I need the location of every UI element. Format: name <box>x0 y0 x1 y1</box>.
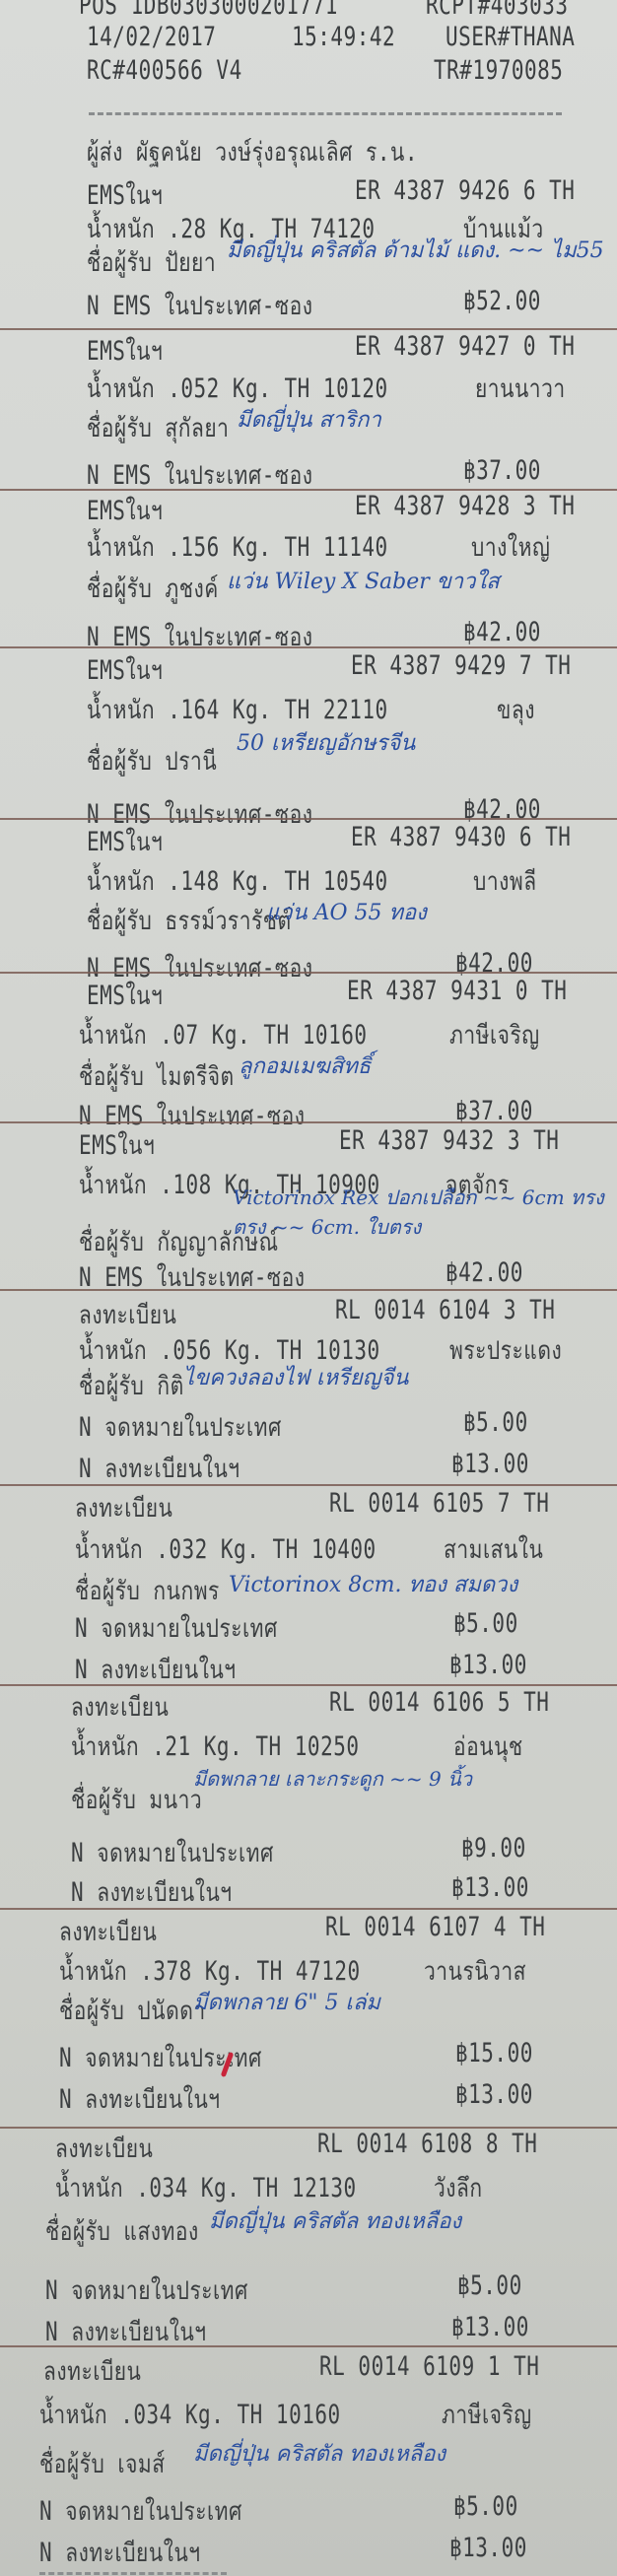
district: อ่อนนุช <box>453 1727 523 1767</box>
service-type: EMSในฯ <box>87 331 163 372</box>
tracking-number: ER 4387 9427 0 TH <box>355 331 575 361</box>
charge-label: N EMS ในประเทศ-ซอง <box>79 1257 305 1298</box>
district: บางใหญ่ <box>471 527 550 568</box>
weight-line: น้ำหนัก .034 Kg. TH 10160 <box>39 2395 341 2435</box>
service-type: EMSในฯ <box>87 822 163 862</box>
charge-amount: ฿13.00 <box>451 2312 529 2341</box>
ruled-divider <box>0 328 617 330</box>
handwritten-note: มีดพกลาย 6" 5 เล่ม <box>193 1985 380 2019</box>
tracking-number: ER 4387 9430 6 TH <box>351 822 571 851</box>
service-type: ลงทะเบียน <box>75 1488 172 1528</box>
receipt-number: RCPT#403033 <box>426 0 569 20</box>
recipient: ชื่อผู้รับ กนกพร <box>75 1571 220 1611</box>
handwritten-note: มีดพกลาย เลาะกระดูก ~~ 9 นิ้ว <box>193 1764 489 1794</box>
ruled-divider <box>0 1121 617 1123</box>
tracking-number: RL 0014 6104 3 TH <box>335 1295 555 1324</box>
charge-amount: ฿13.00 <box>449 2533 527 2562</box>
service-type: EMSในฯ <box>79 1125 155 1166</box>
dashed-divider <box>39 2572 227 2575</box>
charge-amount: ฿5.00 <box>463 1407 528 1437</box>
charge-label: N จดหมายในประเทศ <box>45 2271 248 2311</box>
charge-label: N จดหมายในประเทศ <box>71 1833 274 1873</box>
charge-label: N ลงทะเบียนในฯ <box>59 2079 221 2120</box>
time: 15:49:42 <box>292 22 395 51</box>
service-type: EMSในฯ <box>87 976 163 1016</box>
service-type: EMSในฯ <box>87 491 163 531</box>
recipient: ชื่อผู้รับ มนาว <box>71 1780 202 1820</box>
ruled-divider <box>0 1289 617 1291</box>
charge-amount: ฿13.00 <box>455 2079 533 2109</box>
charge-amount: ฿52.00 <box>463 286 541 315</box>
service-type: ลงทะเบียน <box>71 1687 169 1728</box>
charge-amount: ฿5.00 <box>453 1608 518 1638</box>
recipient: ชื่อผู้รับ ภูชงค์ <box>87 569 219 609</box>
charge-amount: ฿15.00 <box>455 2038 533 2068</box>
weight-line: น้ำหนัก .032 Kg. TH 10400 <box>75 1529 377 1570</box>
tracking-number: ER 4387 9432 3 TH <box>339 1125 559 1155</box>
district: ภาษีเจริญ <box>442 2395 532 2435</box>
handwritten-note: Victorinox Rex ปอกเปลือก ~~ 6cm ทรงตรง ~… <box>233 1183 607 1242</box>
district: ยานนาวา <box>475 369 566 409</box>
service-type: ลงทะเบียน <box>59 1912 157 1952</box>
ruled-divider <box>0 818 617 820</box>
tracking-number: RL 0014 6108 8 TH <box>317 2129 537 2158</box>
service-type: EMSในฯ <box>87 650 163 691</box>
ruled-divider <box>0 2345 617 2347</box>
district: บางพลี <box>473 861 537 902</box>
handwritten-note: มีดญี่ปุ่น คริสตัล ทองเหลือง <box>209 2203 461 2238</box>
tracking-number: ER 4387 9426 6 TH <box>355 175 575 205</box>
recipient: ชื่อผู้รับ แสงทอง <box>45 2211 199 2252</box>
service-type: ลงทะเบียน <box>55 2129 153 2169</box>
handwritten-note: 50 เหรียญอักษรจีน <box>237 725 415 760</box>
charge-amount: ฿13.00 <box>451 1449 529 1478</box>
ruled-divider <box>0 1484 617 1486</box>
postal-receipt: POS 1DB0303000201771 RCPT#403033 14/02/2… <box>0 0 617 2576</box>
charge-amount: ฿42.00 <box>463 617 541 646</box>
handwritten-note: ลูกอมเมฆสิทธิ์ <box>239 1049 371 1083</box>
district: สามเสนใน <box>444 1529 543 1570</box>
recipient: ชื่อผู้รับ ปนัดดา <box>59 1991 206 2031</box>
charge-label: N จดหมายในประเทศ <box>79 1407 282 1448</box>
recipient: ชื่อผู้รับ สุกัลยา <box>87 408 229 448</box>
charge-amount: ฿13.00 <box>449 1650 527 1679</box>
charge-amount: ฿42.00 <box>446 1257 523 1287</box>
recipient: ชื่อผู้รับ เจมส์ <box>39 2444 166 2484</box>
recipient: ชื่อผู้รับ ธรรม์วรารัชต์ <box>87 901 292 941</box>
handwritten-note: ไขควงลองไฟ เหรียญจีน <box>183 1360 408 1394</box>
district: ขลุง <box>497 690 535 730</box>
tracking-number: ER 4387 9431 0 TH <box>347 976 567 1005</box>
recipient: ชื่อผู้รับ กิติ <box>79 1366 184 1406</box>
handwritten-note: Victorinox 8cm. ทอง สมดวง <box>229 1567 517 1601</box>
sender: ผู้ส่ง ผัฐคนัย วงษ์รุ่งอรุณเลิศ ร.น. <box>87 132 418 172</box>
handwritten-note: แว่น Wiley X Saber ขาวใส <box>227 564 500 598</box>
rc-number: RC#400566 V4 <box>87 55 242 85</box>
district: พระประแดง <box>449 1330 562 1371</box>
charge-amount: ฿37.00 <box>463 455 541 485</box>
tracking-number: RL 0014 6106 5 TH <box>329 1687 549 1717</box>
district: ภาษีเจริญ <box>449 1015 540 1055</box>
tracking-number: RL 0014 6107 4 TH <box>325 1912 545 1941</box>
tracking-number: RL 0014 6105 7 TH <box>329 1488 549 1518</box>
tracking-number: ER 4387 9428 3 TH <box>355 491 575 520</box>
recipient: ชื่อผู้รับ ไมตรีจิต <box>79 1056 235 1097</box>
weight-line: น้ำหนัก .21 Kg. TH 10250 <box>71 1727 360 1767</box>
handwritten-note: มีดญี่ปุ่น คริสตัล ด้ามไม้ แดง. ~~ ไม55 <box>227 233 604 267</box>
recipient: ชื่อผู้รับ ปรานี <box>87 741 217 781</box>
charge-label: N ลงทะเบียนในฯ <box>39 2533 201 2573</box>
ruled-divider <box>0 646 617 648</box>
ruled-divider <box>0 1908 617 1910</box>
charge-amount: ฿13.00 <box>451 1872 529 1902</box>
dashed-divider <box>89 112 562 115</box>
charge-amount: ฿5.00 <box>453 2491 518 2521</box>
handwritten-note: มีดญี่ปุ่น คริสตัล ทองเหลือง <box>193 2436 446 2471</box>
weight-line: น้ำหนัก .156 Kg. TH 11140 <box>87 527 388 568</box>
user: USER#THANA <box>446 22 575 51</box>
ruled-divider <box>0 1684 617 1686</box>
tracking-number: RL 0014 6109 1 TH <box>319 2351 539 2381</box>
handwritten-note: มีดญี่ปุ่น สาริกา <box>237 402 381 437</box>
district: วานรนิวาส <box>424 1951 526 1992</box>
charge-amount: ฿5.00 <box>457 2271 522 2300</box>
charge-label: N EMS ในประเทศ-ซอง <box>87 286 312 326</box>
service-type: ลงทะเบียน <box>43 2351 141 2392</box>
charge-label: N จดหมายในประเทศ <box>75 1608 278 1649</box>
tr-number: TR#1970085 <box>434 55 563 85</box>
date: 14/02/2017 <box>87 22 216 51</box>
pos-line: POS 1DB0303000201771 <box>79 0 338 20</box>
handwritten-note: แว่น AO 55 ทอง <box>266 895 427 929</box>
ruled-divider <box>0 972 617 974</box>
charge-amount: ฿9.00 <box>461 1833 526 1863</box>
charge-label: N จดหมายในประเทศ <box>39 2491 242 2532</box>
tracking-number: ER 4387 9429 7 TH <box>351 650 571 680</box>
recipient: ชื่อผู้รับ ปัยยา <box>87 242 216 283</box>
